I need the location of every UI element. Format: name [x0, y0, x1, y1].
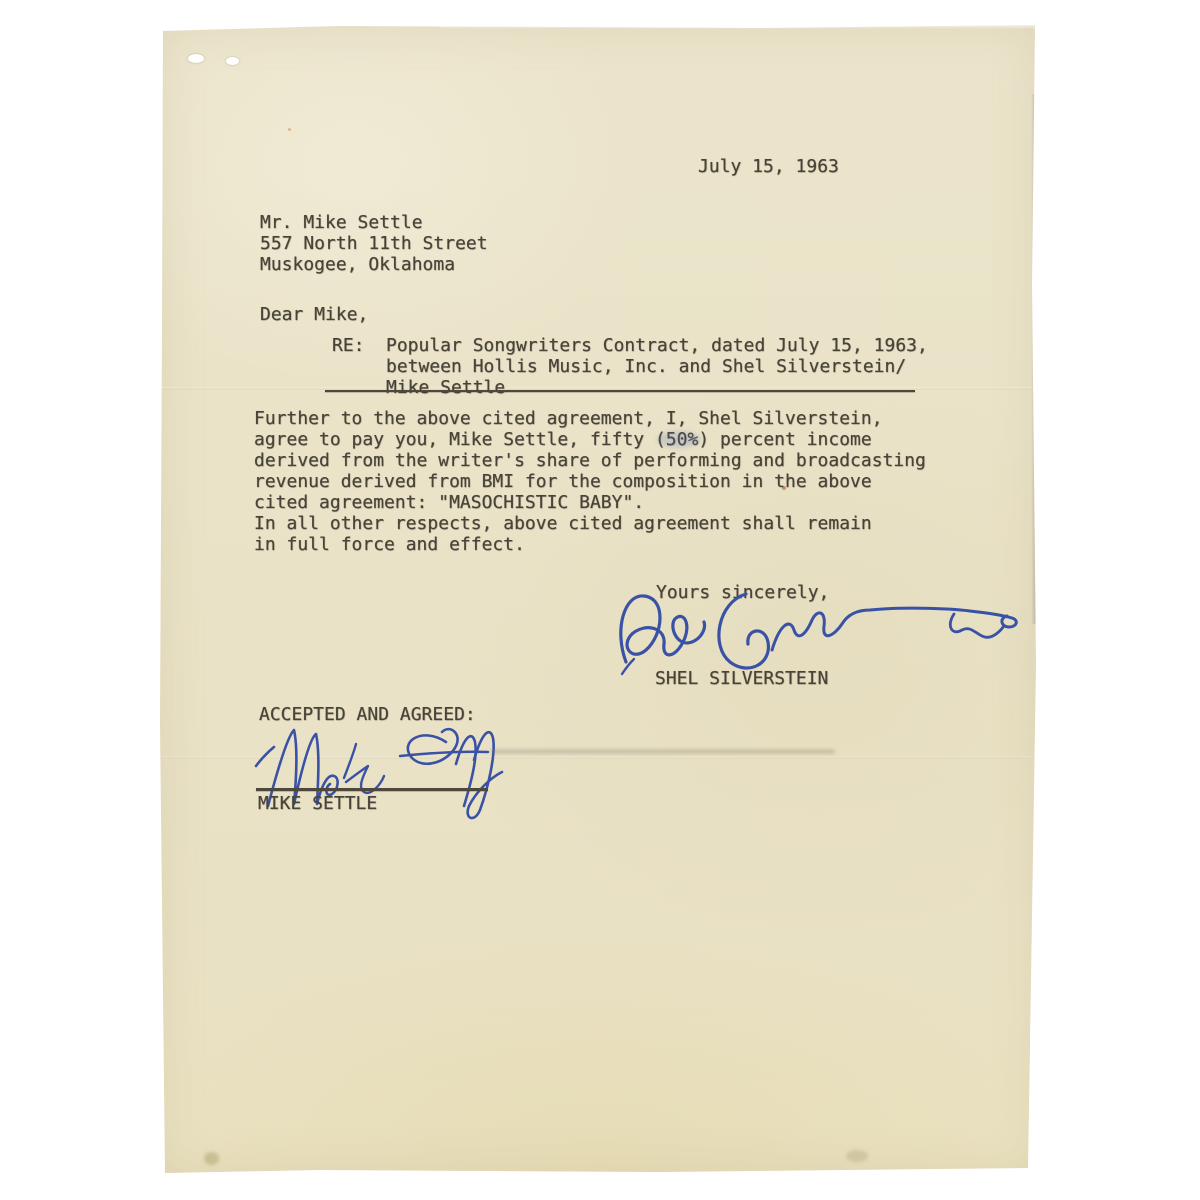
re-block: Popular Songwriters Contract, dated July…: [386, 335, 928, 398]
letter-paper: July 15, 1963 Mr. Mike Settle 557 North …: [160, 24, 1038, 1174]
re-line: Mike Settle: [386, 377, 928, 398]
re-line: Popular Songwriters Contract, dated July…: [386, 335, 928, 356]
scan-edge-right-upper: [1031, 94, 1036, 624]
re-line: between Hollis Music, Inc. and Shel Silv…: [386, 356, 928, 377]
paper-stain: [204, 1152, 219, 1165]
paper-speck: [288, 128, 291, 131]
recipient-city: Muskogee, Oklahoma: [260, 254, 488, 275]
signature-line: [256, 788, 488, 791]
paper-stain: [846, 1150, 868, 1162]
paper-damage-spot: [188, 54, 204, 63]
recipient-name: Mr. Mike Settle: [260, 212, 488, 233]
recipient-street: 557 North 11th Street: [260, 233, 488, 254]
date-line: July 15, 1963: [698, 156, 839, 177]
salutation: Dear Mike,: [260, 304, 368, 325]
scan-edge-top: [440, 24, 1035, 29]
body-paragraph-2: In all other respects, above cited agree…: [254, 513, 872, 555]
paper-damage-spot: [226, 57, 239, 65]
scanned-letter: July 15, 1963 Mr. Mike Settle 557 North …: [0, 0, 1200, 1200]
scan-edge-right-lower: [1029, 1039, 1034, 1129]
acceptor-typed-name: MIKE SETTLE: [258, 793, 377, 814]
sender-typed-name: SHEL SILVERSTEIN: [655, 668, 828, 689]
pencil-smear: [490, 749, 835, 754]
re-underline: [325, 390, 915, 392]
mike-settle-signature: [250, 714, 510, 839]
re-label: RE:: [332, 335, 365, 356]
body-paragraph-1: Further to the above cited agreement, I,…: [254, 408, 926, 513]
recipient-address: Mr. Mike Settle 557 North 11th Street Mu…: [260, 212, 488, 275]
ink-correction-smudge: [657, 431, 701, 448]
